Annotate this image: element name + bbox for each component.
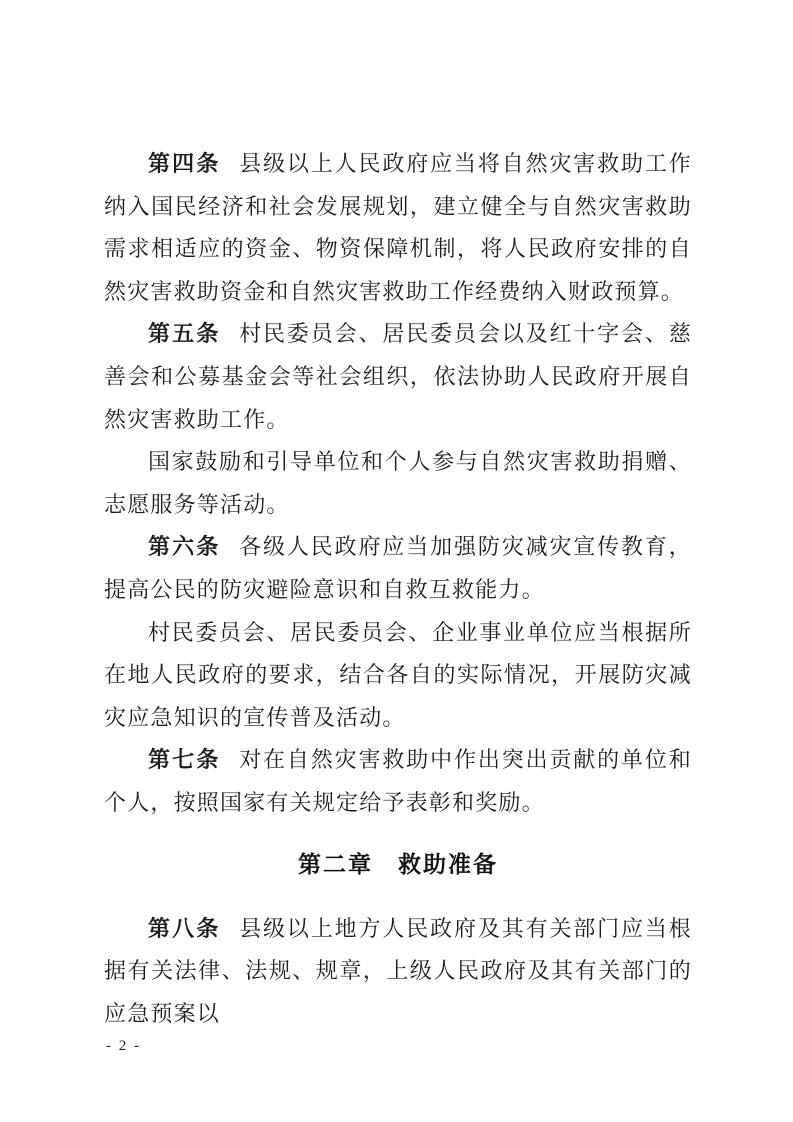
document-body: 第四条县级以上人民政府应当将自然灾害救助工作纳入国民经济和社会发展规划，建立健全… [104,144,692,1036]
article-paragraph: 第四条县级以上人民政府应当将自然灾害救助工作纳入国民经济和社会发展规划，建立健全… [104,144,692,314]
article-paragraph: 第六条各级人民政府应当加强防灾减灾宣传教育，提高公民的防灾避险意识和自救互救能力… [104,527,692,612]
article-paragraph: 第八条县级以上地方人民政府及其有关部门应当根据有关法律、法规、规章，上级人民政府… [104,909,692,1037]
article-paragraph: 第五条村民委员会、居民委员会以及红十字会、慈善会和公募基金会等社会组织，依法协助… [104,314,692,442]
article-number: 第六条 [148,535,221,560]
article-number: 第五条 [148,322,221,347]
article-number: 第四条 [148,152,221,177]
article-paragraph: 第七条对在自然灾害救助中作出突出贡献的单位和个人，按照国家有关规定给予表彰和奖励… [104,740,692,825]
body-paragraph: 村民委员会、居民委员会、企业事业单位应当根据所在地人民政府的要求，结合各自的实际… [104,613,692,741]
article-number: 第七条 [148,748,221,773]
paragraph-text: 村民委员会、居民委员会、企业事业单位应当根据所在地人民政府的要求，结合各自的实际… [104,621,692,731]
article-number: 第八条 [148,917,221,942]
chapter-heading: 第二章 救助准备 [104,844,692,887]
document-page: 第四条县级以上人民政府应当将自然灾害救助工作纳入国民经济和社会发展规划，建立健全… [0,0,793,1122]
body-paragraph: 国家鼓励和引导单位和个人参与自然灾害救助捐赠、志愿服务等活动。 [104,442,692,527]
page-number: - 2 - [106,1038,141,1055]
paragraph-text: 国家鼓励和引导单位和个人参与自然灾害救助捐赠、志愿服务等活动。 [104,450,692,518]
